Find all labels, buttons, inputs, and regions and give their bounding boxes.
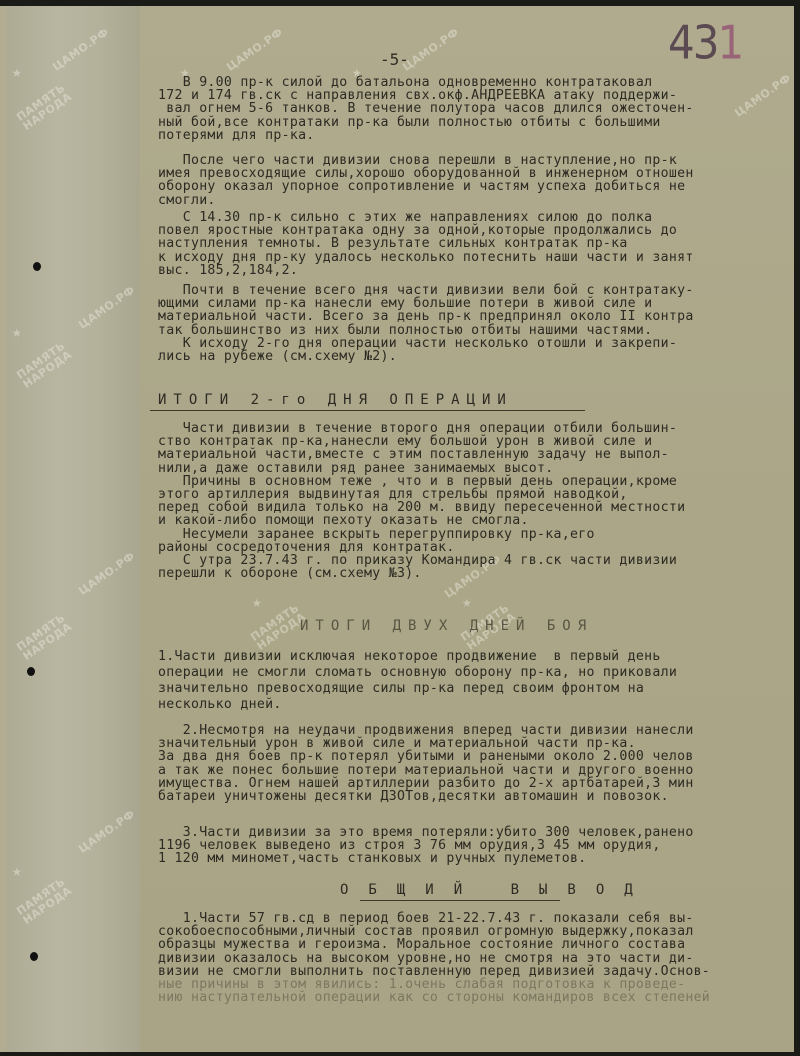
- section-heading-general-conclusion: ОБЩИЙ ВЫВОД: [340, 882, 653, 898]
- paragraph-day2-results: Части дивизии в течение второго дня опер…: [158, 422, 685, 580]
- text-line: потерями для пр-ка.: [158, 129, 694, 142]
- text-line: несколько дней.: [158, 697, 677, 713]
- text-line: значительно превосходящие силы пр-ка пер…: [158, 681, 677, 697]
- text-line: дивизии оказалось на высоком уровне,но н…: [158, 952, 710, 965]
- text-line: операции не смогли сломать основную обор…: [158, 665, 677, 681]
- heading-underline: [360, 900, 560, 901]
- paragraph-day-summary: Почти в течение всего дня части дивизии …: [158, 284, 694, 363]
- punch-hole: [30, 952, 38, 961]
- text-line: наступления темноты. В результате сильны…: [158, 237, 694, 250]
- text-line: нию наступательной операции как со сторо…: [158, 991, 710, 1004]
- document-page: ЦАМО.РФ ЦАМО.РФ ЦАМО.РФ ЦАМО.РФ ЦАМО.РФ …: [0, 6, 794, 1052]
- text-line: Несумели заранее вскрыть перегруппировку…: [158, 528, 685, 541]
- text-line: так большинство из них были полностью от…: [158, 324, 694, 337]
- paragraph-renewed-offensive: После чего части дивизии снова перешли в…: [158, 154, 694, 207]
- text-line: выс. 185,2,184,2.: [158, 264, 694, 277]
- text-line: лись на рубеже (см.схему №2).: [158, 350, 694, 363]
- text-line: к исходу дня пр-ку удалось несколько пот…: [158, 251, 694, 264]
- text-line: смогли.: [158, 194, 694, 207]
- text-line: 1.Части дивизии исключая некоторое продв…: [158, 649, 677, 665]
- section-heading-day2-results: ИТОГИ 2-го ДНЯ ОПЕРАЦИИ: [158, 392, 513, 408]
- text-line: материальной части. Всего за день пр-к п…: [158, 310, 694, 323]
- text-line: ный бой,все контратаки пр-ка были полнос…: [158, 116, 694, 129]
- punch-hole: [27, 667, 35, 676]
- binding-margin: [6, 6, 140, 1052]
- heading-underline: [150, 410, 585, 411]
- text-line: батареи уничтожены десятки ДЗОТов,десятк…: [158, 790, 694, 803]
- text-line: а так же понес большие потери материальн…: [158, 764, 694, 777]
- archive-folio-number: 431: [668, 16, 742, 70]
- paragraph-result-2: 2.Несмотря на неудачи продвижения вперед…: [158, 724, 694, 803]
- paragraph-counterattack-1430: С 14.30 пр-к сильно с этих же направлени…: [158, 211, 694, 277]
- text-line: нили,а даже оставили ряд ранее занимаемы…: [158, 462, 685, 475]
- text-line: За два дня боев пр-к потерял убитыми и р…: [158, 750, 694, 763]
- text-line: оборону оказал упорное сопротивление и ч…: [158, 180, 694, 193]
- text-line: материальной части,вместе с этим поставл…: [158, 448, 685, 461]
- text-line: вал огнем 5-6 танков. В течение полутора…: [158, 102, 694, 115]
- paragraph-result-1: 1.Части дивизии исключая некоторое продв…: [158, 649, 677, 713]
- paragraph-result-3: 3.Части дивизии за это время потеряли:уб…: [158, 826, 694, 866]
- page-number: -5-: [380, 50, 409, 69]
- text-line: образцы мужества и героизма. Моральное с…: [158, 938, 710, 951]
- section-heading-two-days-results: ИТОГИ ДВУХ ДНЕЙ БОЯ: [300, 618, 593, 634]
- punch-hole: [33, 262, 41, 271]
- text-line: и какой-либо помощи пехоту оказать не см…: [158, 514, 685, 527]
- text-line: 1 120 мм миномет,часть станковых и ручны…: [158, 852, 694, 865]
- paragraph-general-conclusion: 1.Части 57 гв.сд в период боев 21-22.7.4…: [158, 912, 710, 1004]
- text-line: перешли к обороне (см.схему №3).: [158, 567, 685, 580]
- paragraph-counterattack-0900: В 9.00 пр-к силой до батальона одновреме…: [158, 76, 694, 142]
